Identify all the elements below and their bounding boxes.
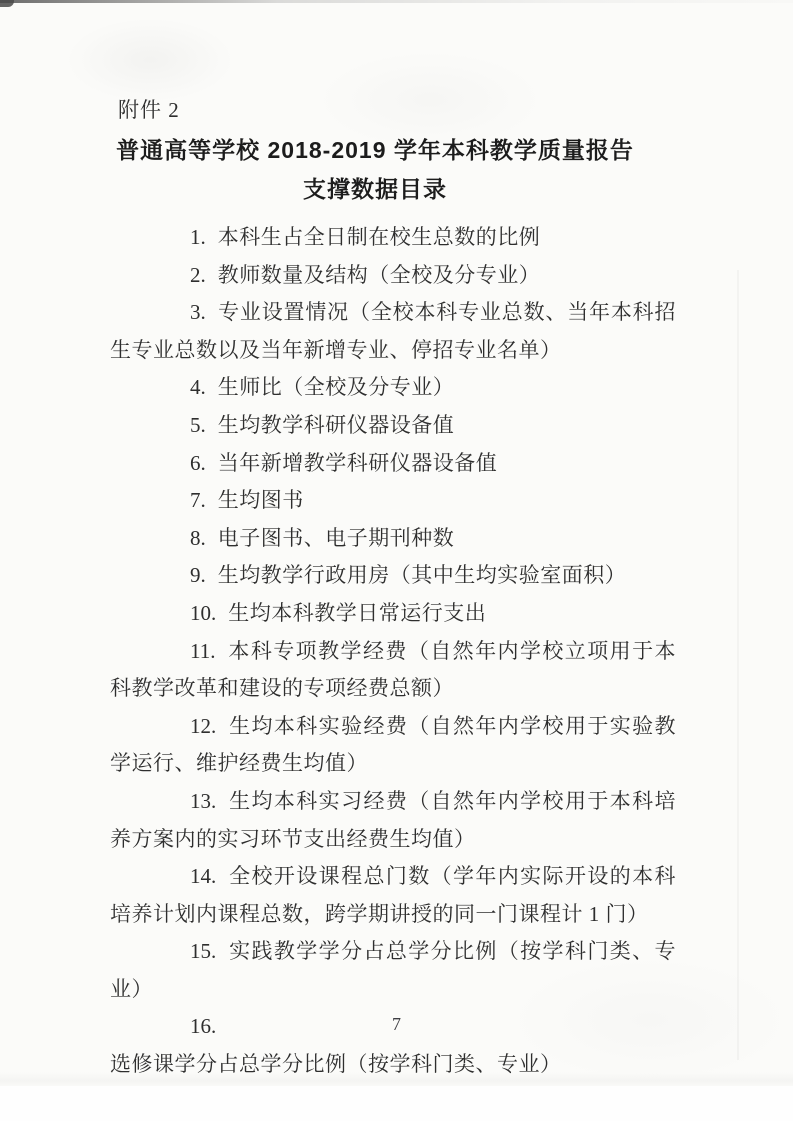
list-item: 3.专业设置情况（全校本科专业总数、当年本科招生专业总数以及当年新增专业、停招专…	[110, 294, 676, 369]
item-text: 选修课学分占总学分比例（按学科门类、专业）	[110, 1052, 562, 1076]
scan-corner-mark-artifact	[0, 0, 14, 7]
list-item: 7.生均图书	[110, 482, 676, 520]
item-number: 1.	[150, 219, 206, 257]
list-item: 1.本科生占全日制在校生总数的比例	[110, 219, 676, 257]
item-text: 生师比（全校及分专业）	[218, 375, 455, 399]
scan-top-edge-artifact	[0, 0, 793, 3]
scan-vertical-line-artifact	[737, 270, 739, 1060]
item-number: 13.	[150, 783, 216, 821]
list-item: 11.本科专项教学经费（自然年内学校立项用于本科教学改革和建设的专项经费总额）	[110, 633, 676, 708]
item-text: 教师数量及结构（全校及分专业）	[218, 263, 541, 287]
item-text: 电子图书、电子期刊种数	[218, 526, 455, 550]
item-number: 2.	[150, 257, 206, 295]
item-text: 生均教学行政用房（其中生均实验室面积）	[218, 563, 627, 587]
list-item: 12.生均本科实验经费（自然年内学校用于实验教学运行、维护经费生均值）	[110, 708, 676, 783]
list-item: 9.生均教学行政用房（其中生均实验室面积）	[110, 557, 676, 595]
list-item: 5.生均教学科研仪器设备值	[110, 407, 676, 445]
document-page: 附件 2 普通高等学校 2018-2019 学年本科教学质量报告 支撑数据目录 …	[0, 0, 793, 1121]
list-item: 15.实践教学学分占总学分比例（按学科门类、专业）	[110, 933, 676, 1008]
item-text: 本科生占全日制在校生总数的比例	[218, 225, 541, 249]
item-number: 15.	[150, 933, 216, 971]
list-item: 13.生均本科实习经费（自然年内学校用于本科培养方案内的实习环节支出经费生均值）	[110, 783, 676, 858]
list-item: 6.当年新增教学科研仪器设备值	[110, 445, 676, 483]
item-text: 当年新增教学科研仪器设备值	[218, 451, 498, 475]
list-item: 14.全校开设课程总门数（学年内实际开设的本科培养计划内课程总数，跨学期讲授的同…	[110, 858, 676, 933]
item-number: 6.	[150, 445, 206, 483]
item-number: 11.	[150, 633, 215, 671]
item-number: 3.	[150, 294, 206, 332]
item-number: 9.	[150, 557, 206, 595]
list-item: 2.教师数量及结构（全校及分专业）	[110, 257, 676, 295]
title-line-1: 普通高等学校 2018-2019 学年本科教学质量报告	[95, 131, 655, 170]
attachment-label: 附件 2	[118, 94, 180, 124]
item-number: 5.	[150, 407, 206, 445]
document-title: 普通高等学校 2018-2019 学年本科教学质量报告 支撑数据目录	[95, 131, 655, 209]
item-text: 生均教学科研仪器设备值	[218, 413, 455, 437]
page-number: 7	[0, 1014, 793, 1035]
list-item: 10.生均本科教学日常运行支出	[110, 595, 676, 633]
item-text: 生均图书	[218, 488, 304, 512]
list-item: 4.生师比（全校及分专业）	[110, 369, 676, 407]
item-number: 14.	[150, 858, 216, 896]
item-number: 8.	[150, 520, 206, 558]
scan-bottom-margin	[0, 1086, 793, 1121]
item-number: 4.	[150, 369, 206, 407]
item-number: 12.	[150, 708, 216, 746]
title-line-2: 支撑数据目录	[95, 170, 655, 209]
item-text: 生均本科教学日常运行支出	[228, 601, 486, 625]
item-number: 10.	[150, 595, 216, 633]
catalog-list: 1.本科生占全日制在校生总数的比例 2.教师数量及结构（全校及分专业） 3.专业…	[110, 219, 676, 1084]
item-number: 7.	[150, 482, 206, 520]
list-item: 8.电子图书、电子期刊种数	[110, 520, 676, 558]
